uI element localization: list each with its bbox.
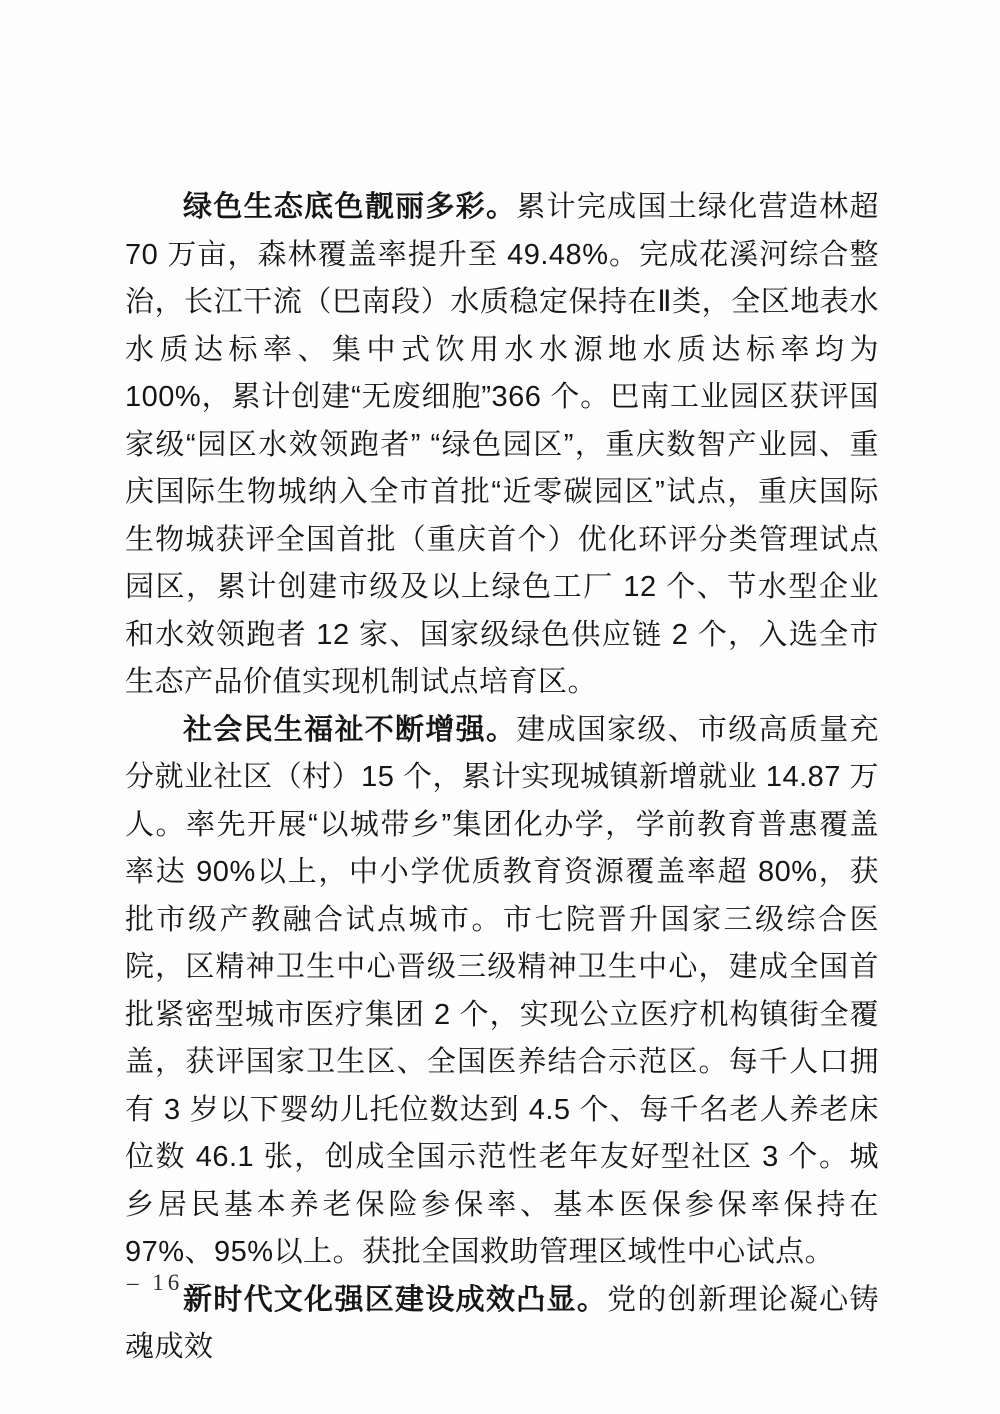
paragraph-culture: 新时代文化强区建设成效凸显。党的创新理论凝心铸魂成效 — [125, 1277, 879, 1372]
paragraph-lead: 社会民生福祉不断增强。 — [183, 714, 516, 746]
paragraph-body: 累计完成国土绿化营造林超 70 万亩，森林覆盖率提升至 49.48%。完成花溪河… — [125, 191, 879, 698]
page-number: – 16 – — [127, 1270, 209, 1296]
document-page: 绿色生态底色靓丽多彩。累计完成国土绿化营造林超 70 万亩，森林覆盖率提升至 4… — [0, 0, 1000, 1414]
paragraph-body: 建成国家级、市级高质量充分就业社区（村）15 个，累计实现城镇新增就业 14.8… — [125, 714, 879, 1269]
report-text-block: 绿色生态底色靓丽多彩。累计完成国土绿化营造林超 70 万亩，森林覆盖率提升至 4… — [125, 184, 879, 1372]
paragraph-lead: 绿色生态底色靓丽多彩。 — [183, 191, 516, 223]
paragraph-green-ecology: 绿色生态底色靓丽多彩。累计完成国土绿化营造林超 70 万亩，森林覆盖率提升至 4… — [125, 184, 879, 707]
paragraph-lead: 新时代文化强区建设成效凸显。 — [183, 1284, 607, 1316]
paragraph-social-welfare: 社会民生福祉不断增强。建成国家级、市级高质量充分就业社区（村）15 个，累计实现… — [125, 707, 879, 1277]
